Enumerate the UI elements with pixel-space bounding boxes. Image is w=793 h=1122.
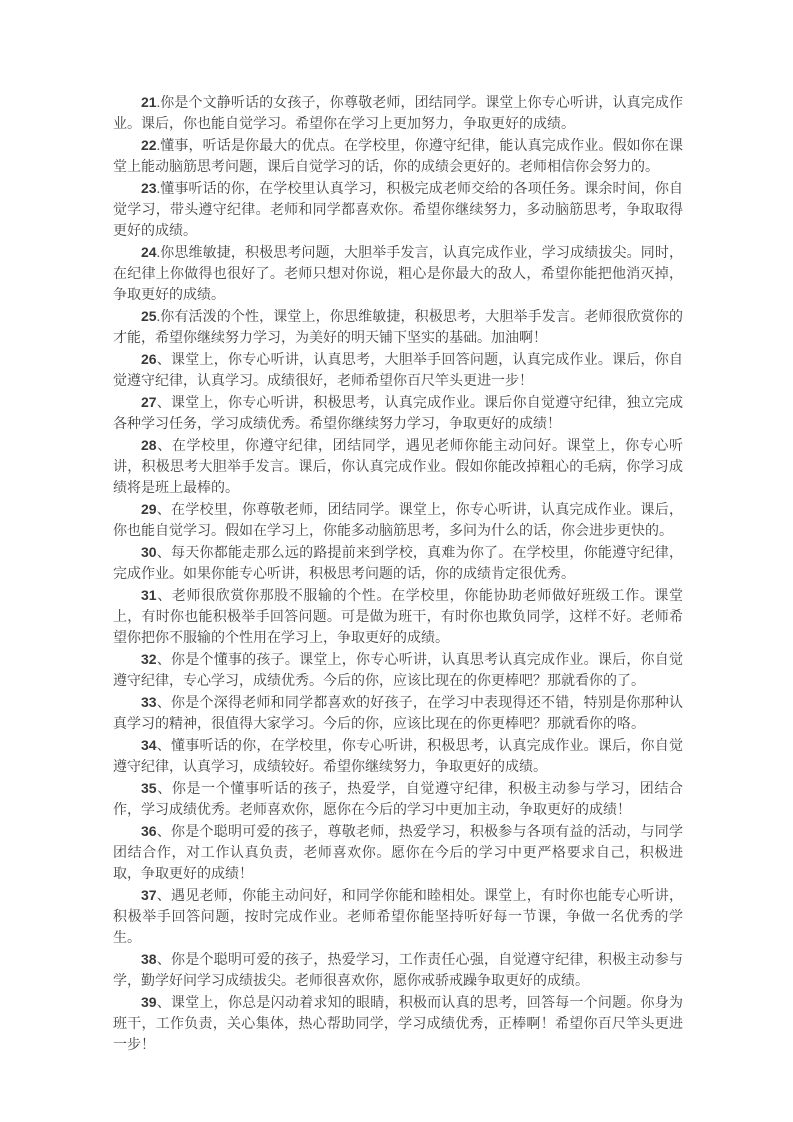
comment-text: 课堂上，你总是闪动着求知的眼睛，积极而认真的思考，回答每一个问题。你身为班干，工… [113, 996, 683, 1053]
comment-number-separator: 、 [157, 396, 171, 411]
comment-paragraph: 27、课堂上，你专心听讲，积极思考，认真完成作业。课后你自觉遵守纪律，独立完成各… [113, 392, 683, 435]
comment-text: 在学校里，你遵守纪律，团结同学，遇见老师你能主动问好。课堂上，你专心听讲，积极思… [113, 439, 683, 496]
comment-number: 22 [141, 137, 157, 153]
comment-text: 课堂上，你专心听讲，认真思考，大胆举手回答问题，认真完成作业。课后，你自觉遵守纪… [113, 353, 683, 389]
comment-paragraph: 28、在学校里，你遵守纪律，团结同学，遇见老师你能主动问好。课堂上，你专心听讲，… [113, 435, 683, 499]
comment-number: 32 [141, 651, 157, 667]
comment-number: 38 [141, 951, 157, 967]
comment-number-separator: 、 [157, 889, 171, 904]
comment-number-separator: 、 [157, 439, 172, 454]
comment-text: 懂事听话的你，在学校里，你专心听讲，积极思考，认真完成作业。课后，你自觉遵守纪律… [113, 739, 683, 775]
comment-paragraph: 34、懂事听话的你，在学校里，你专心听讲，积极思考，认真完成作业。课后，你自觉遵… [113, 735, 683, 778]
comment-paragraph: 26、课堂上，你专心听讲，认真思考，大胆举手回答问题，认真完成作业。课后，你自觉… [113, 349, 683, 392]
comment-number-separator: 、 [157, 996, 171, 1011]
comment-number-separator: 、 [157, 825, 171, 840]
comment-text: 老师很欣赏你那股不服输的个性。在学校里，你能协助老师做好班级工作。课堂上，有时你… [113, 589, 683, 646]
comment-number: 29 [141, 501, 157, 517]
comment-paragraph: 23.懂事听话的你，在学校里认真学习，积极完成老师交给的各项任务。课余时间，你自… [113, 178, 683, 242]
comment-text: 懂事听话的你，在学校里认真学习，积极完成老师交给的各项任务。课余时间，你自觉学习… [113, 182, 683, 239]
comment-paragraph: 24.你思维敏捷，积极思考问题，大胆举手发言，认真完成作业，学习成绩拔尖。同时，… [113, 242, 683, 306]
comment-paragraph: 22.懂事，听话是你最大的优点。在学校里，你遵守纪律，能认真完成作业。假如你在课… [113, 135, 683, 178]
comment-number: 31 [141, 587, 157, 603]
comment-paragraph: 33、你是个深得老师和同学都喜欢的好孩子，在学习中表现得还不错，特别是你那种认真… [113, 692, 683, 735]
comment-number-separator: 、 [157, 353, 171, 368]
comment-number-separator: 、 [157, 953, 171, 968]
comment-list: 21.你是个文静听话的女孩子，你尊敬老师，团结同学。课堂上你专心听讲，认真完成作… [113, 92, 683, 1056]
comment-paragraph: 30、每天你都能走那么远的路提前来到学校，真难为你了。在学校里，你能遵守纪律，完… [113, 542, 683, 585]
comment-paragraph: 37、遇见老师，你能主动问好，和同学你能和睦相处。课堂上，有时你也能专心听讲，积… [113, 885, 683, 949]
comment-number-separator: 、 [157, 503, 171, 518]
comment-number: 37 [141, 887, 157, 903]
comment-number: 33 [141, 694, 157, 710]
comment-text: 你是个文静听话的女孩子，你尊敬老师，团结同学。课堂上你专心听讲，认真完成作业。课… [113, 96, 683, 132]
comment-text: 你有活泼的个性，课堂上，你思维敏捷，积极思考，大胆举手发言。老师很欣赏你的才能，… [113, 310, 683, 346]
comment-paragraph: 21.你是个文静听话的女孩子，你尊敬老师，团结同学。课堂上你专心听讲，认真完成作… [113, 92, 683, 135]
comment-number: 39 [141, 994, 157, 1010]
comment-number: 21 [141, 94, 157, 110]
comment-text: 你是个聪明可爱的孩子，热爱学习，工作责任心强，自觉遵守纪律，积极主动参与学，勤学… [113, 953, 683, 989]
comment-paragraph: 32、你是个懂事的孩子。课堂上，你专心听讲，认真思考认真完成作业。课后，你自觉遵… [113, 649, 683, 692]
comment-number-separator: 、 [157, 546, 171, 561]
comment-number: 27 [141, 394, 157, 410]
comment-text: 课堂上，你专心听讲，积极思考，认真完成作业。课后你自觉遵守纪律，独立完成各种学习… [113, 396, 683, 432]
comment-text: 在学校里，你尊敬老师，团结同学。课堂上，你专心听讲，认真完成作业。课后，你也能自… [113, 503, 683, 539]
comment-number-separator: 、 [157, 782, 172, 797]
comment-number: 30 [141, 544, 157, 560]
comment-number: 25 [141, 308, 157, 324]
comment-paragraph: 35、你是一个懂事听话的孩子，热爱学，自觉遵守纪律，积极主动参与学习，团结合作，… [113, 778, 683, 821]
comment-number: 34 [141, 737, 157, 753]
comment-number: 35 [141, 780, 157, 796]
comment-paragraph: 29、在学校里，你尊敬老师，团结同学。课堂上，你专心听讲，认真完成作业。课后，你… [113, 499, 683, 542]
comment-number: 24 [141, 244, 157, 260]
comment-text: 每天你都能走那么远的路提前来到学校，真难为你了。在学校里，你能遵守纪律，完成作业… [113, 546, 683, 582]
comment-number: 36 [141, 823, 157, 839]
comment-number-separator: 、 [157, 653, 171, 668]
comment-text: 你是个深得老师和同学都喜欢的好孩子，在学习中表现得还不错，特别是你那种认真学习的… [113, 696, 683, 732]
comment-text: 懂事，听话是你最大的优点。在学校里，你遵守纪律，能认真完成作业。假如你在课堂上能… [113, 139, 683, 175]
comment-number-separator: 、 [157, 739, 171, 754]
comment-paragraph: 31、老师很欣赏你那股不服输的个性。在学校里，你能协助老师做好班级工作。课堂上，… [113, 585, 683, 649]
comment-number: 23 [141, 180, 157, 196]
comment-paragraph: 25.你有活泼的个性，课堂上，你思维敏捷，积极思考，大胆举手发言。老师很欣赏你的… [113, 306, 683, 349]
comment-number: 28 [141, 437, 157, 453]
comment-text: 你是一个懂事听话的孩子，热爱学，自觉遵守纪律，积极主动参与学习，团结合作，学习成… [113, 782, 683, 818]
document-page: 21.你是个文静听话的女孩子，你尊敬老师，团结同学。课堂上你专心听讲，认真完成作… [0, 0, 793, 1122]
comment-paragraph: 36、你是个聪明可爱的孩子，尊敬老师，热爱学习，积极参与各项有益的活动，与同学团… [113, 821, 683, 885]
comment-number-separator: 、 [157, 696, 171, 711]
comment-paragraph: 39、课堂上，你总是闪动着求知的眼睛，积极而认真的思考，回答每一个问题。你身为班… [113, 992, 683, 1056]
comment-number-separator: 、 [157, 589, 172, 604]
comment-text: 遇见老师，你能主动问好，和同学你能和睦相处。课堂上，有时你也能专心听讲，积极举手… [113, 889, 683, 946]
comment-text: 你思维敏捷，积极思考问题，大胆举手发言，认真完成作业，学习成绩拔尖。同时，在纪律… [113, 246, 683, 303]
comment-number: 26 [141, 351, 157, 367]
comment-text: 你是个聪明可爱的孩子，尊敬老师，热爱学习，积极参与各项有益的活动，与同学团结合作… [113, 825, 683, 882]
comment-paragraph: 38、你是个聪明可爱的孩子，热爱学习，工作责任心强，自觉遵守纪律，积极主动参与学… [113, 949, 683, 992]
comment-text: 你是个懂事的孩子。课堂上，你专心听讲，认真思考认真完成作业。课后，你自觉遵守纪律… [113, 653, 683, 689]
